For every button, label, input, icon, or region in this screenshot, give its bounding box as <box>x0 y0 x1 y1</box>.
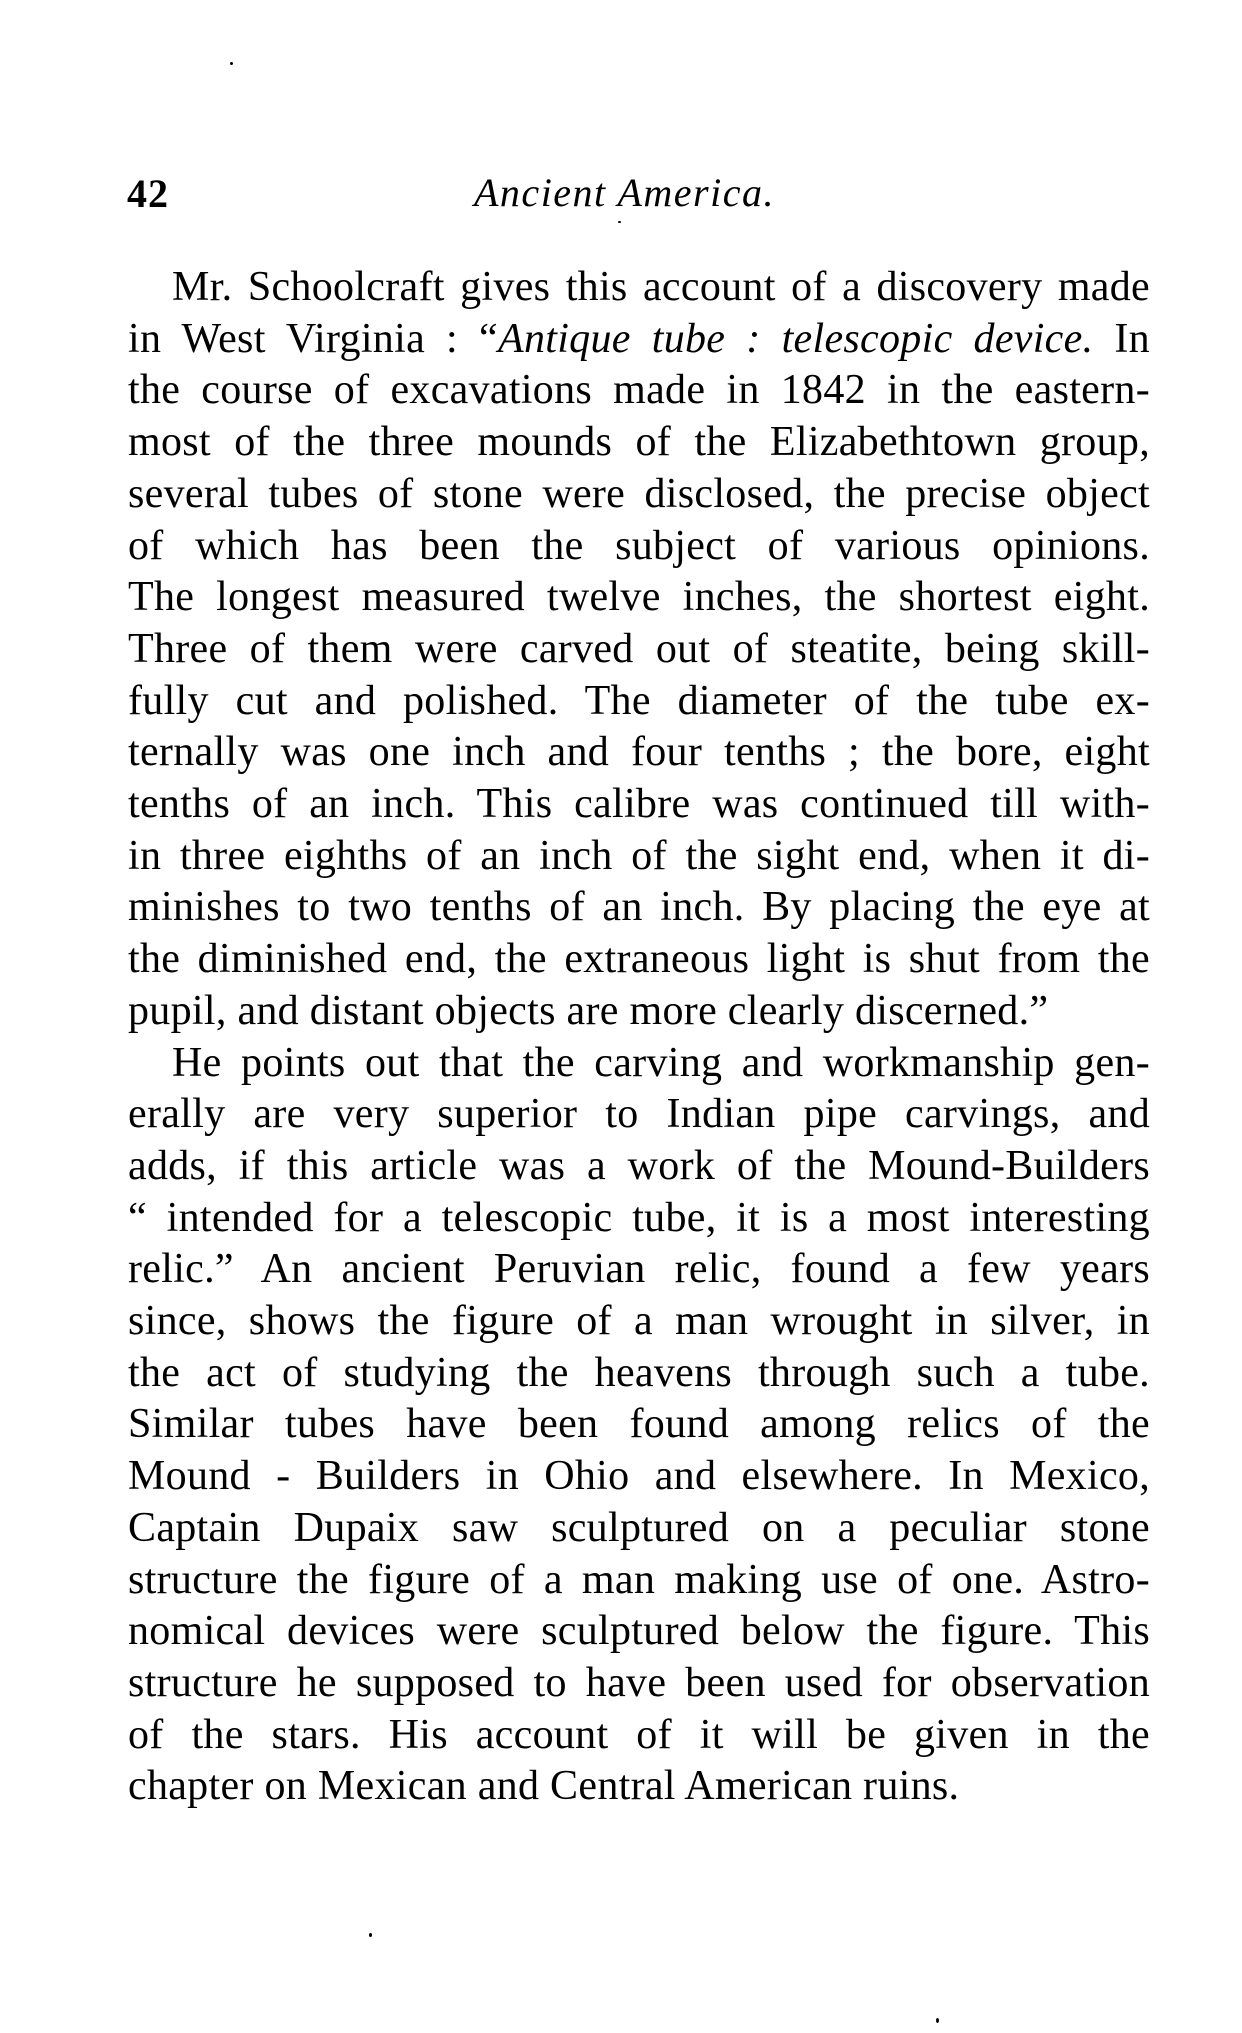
text-segment: of the stars. His account of it will be … <box>128 1712 1150 1758</box>
text-segment: the act of studying the heavens through … <box>128 1350 1150 1396</box>
text-segment: adds, if this article was a work of the … <box>128 1143 1150 1189</box>
text-line: in West Virginia : “Antique tube : teles… <box>128 313 1150 365</box>
text-line: the diminished end, the extraneous light… <box>128 933 1150 985</box>
text-line: erally are very superior to Indian pipe … <box>128 1088 1150 1140</box>
scan-speck <box>618 221 621 223</box>
scan-speck <box>369 1933 372 1937</box>
text-segment: Similar tubes have been found among reli… <box>128 1401 1150 1447</box>
text-segment: erally are very superior to Indian pipe … <box>128 1091 1150 1137</box>
page-number: 42 <box>127 172 169 216</box>
text-line: Mound - Builders in Ohio and elsewhere. … <box>128 1450 1150 1502</box>
text-segment: Mound - Builders in Ohio and elsewhere. … <box>128 1453 1150 1499</box>
text-segment: “ intended for a telescopic tube, it is … <box>128 1195 1150 1241</box>
text-line: nomical devices were sculptured below th… <box>128 1605 1150 1657</box>
text-segment: of which has been the subject of various… <box>128 523 1150 569</box>
text-line: of which has been the subject of various… <box>128 520 1150 572</box>
text-segment: structure the figure of a man making use… <box>128 1557 1150 1603</box>
text-segment: pupil, and distant objects are more clea… <box>128 988 1048 1034</box>
text-line: Mr. Schoolcraft gives this account of a … <box>172 261 1150 313</box>
text-line: relic.” An ancient Peruvian relic, found… <box>128 1243 1150 1295</box>
text-segment: Three of them were carved out of steatit… <box>128 626 1150 672</box>
text-line: structure the figure of a man making use… <box>128 1554 1150 1606</box>
text-segment: The longest measured twelve inches, the … <box>128 574 1150 620</box>
text-line: adds, if this article was a work of the … <box>128 1140 1150 1192</box>
text-line: Three of them were carved out of steatit… <box>128 623 1150 675</box>
text-segment: Captain Dupaix saw sculptured on a pecul… <box>128 1505 1150 1551</box>
text-segment: in three eighths of an inch of the sight… <box>128 833 1150 879</box>
text-segment: fully cut and polished. The diameter of … <box>128 678 1150 724</box>
text-line: in three eighths of an inch of the sight… <box>128 830 1150 882</box>
running-title: Ancient America. <box>474 171 806 215</box>
text-line: several tubes of stone were disclosed, t… <box>128 468 1150 520</box>
text-line: ternally was one inch and four tenths ; … <box>128 726 1150 778</box>
text-segment: in West Virginia : “ <box>128 316 498 362</box>
text-line: the act of studying the heavens through … <box>128 1347 1150 1399</box>
text-segment: relic.” An ancient Peruvian relic, found… <box>128 1246 1150 1292</box>
text-line: minishes to two tenths of an inch. By pl… <box>128 881 1150 933</box>
text-line: most of the three mounds of the Elizabet… <box>128 416 1150 468</box>
text-segment: the course of excavations made in 1842 i… <box>128 367 1150 413</box>
text-segment: Mr. Schoolcraft gives this account of a … <box>172 264 1150 310</box>
book-page: 42 Ancient America. Mr. Schoolcraft give… <box>0 0 1242 2033</box>
text-line: pupil, and distant objects are more clea… <box>128 985 1150 1037</box>
italic-text: Antique tube : telescopic device. <box>498 316 1093 362</box>
scan-speck <box>936 2018 939 2023</box>
text-segment: In <box>1093 316 1150 362</box>
text-line: structure he supposed to have been used … <box>128 1657 1150 1709</box>
text-line: The longest measured twelve inches, the … <box>128 571 1150 623</box>
text-segment: most of the three mounds of the Elizabet… <box>128 419 1150 465</box>
text-line: of the stars. His account of it will be … <box>128 1709 1150 1761</box>
text-segment: minishes to two tenths of an inch. By pl… <box>128 884 1150 930</box>
text-segment: chapter on Mexican and Central American … <box>128 1763 959 1809</box>
text-line: Similar tubes have been found among reli… <box>128 1398 1150 1450</box>
text-line: the course of excavations made in 1842 i… <box>128 364 1150 416</box>
text-line: tenths of an inch. This calibre was cont… <box>128 778 1150 830</box>
text-segment: the diminished end, the extraneous light… <box>128 936 1150 982</box>
text-line: He points out that the carving and workm… <box>172 1037 1150 1089</box>
text-segment: since, shows the figure of a man wrought… <box>128 1298 1150 1344</box>
text-line: “ intended for a telescopic tube, it is … <box>128 1192 1150 1244</box>
text-segment: ternally was one inch and four tenths ; … <box>128 729 1150 775</box>
text-line: fully cut and polished. The diameter of … <box>128 675 1150 727</box>
text-line: chapter on Mexican and Central American … <box>128 1760 1150 1812</box>
text-line: Captain Dupaix saw sculptured on a pecul… <box>128 1502 1150 1554</box>
scan-speck <box>230 62 233 65</box>
text-segment: He points out that the carving and workm… <box>172 1040 1150 1086</box>
text-line: since, shows the figure of a man wrought… <box>128 1295 1150 1347</box>
text-segment: tenths of an inch. This calibre was cont… <box>128 781 1150 827</box>
text-segment: structure he supposed to have been used … <box>128 1660 1150 1706</box>
text-segment: several tubes of stone were disclosed, t… <box>128 471 1150 517</box>
text-segment: nomical devices were sculptured below th… <box>128 1608 1150 1654</box>
